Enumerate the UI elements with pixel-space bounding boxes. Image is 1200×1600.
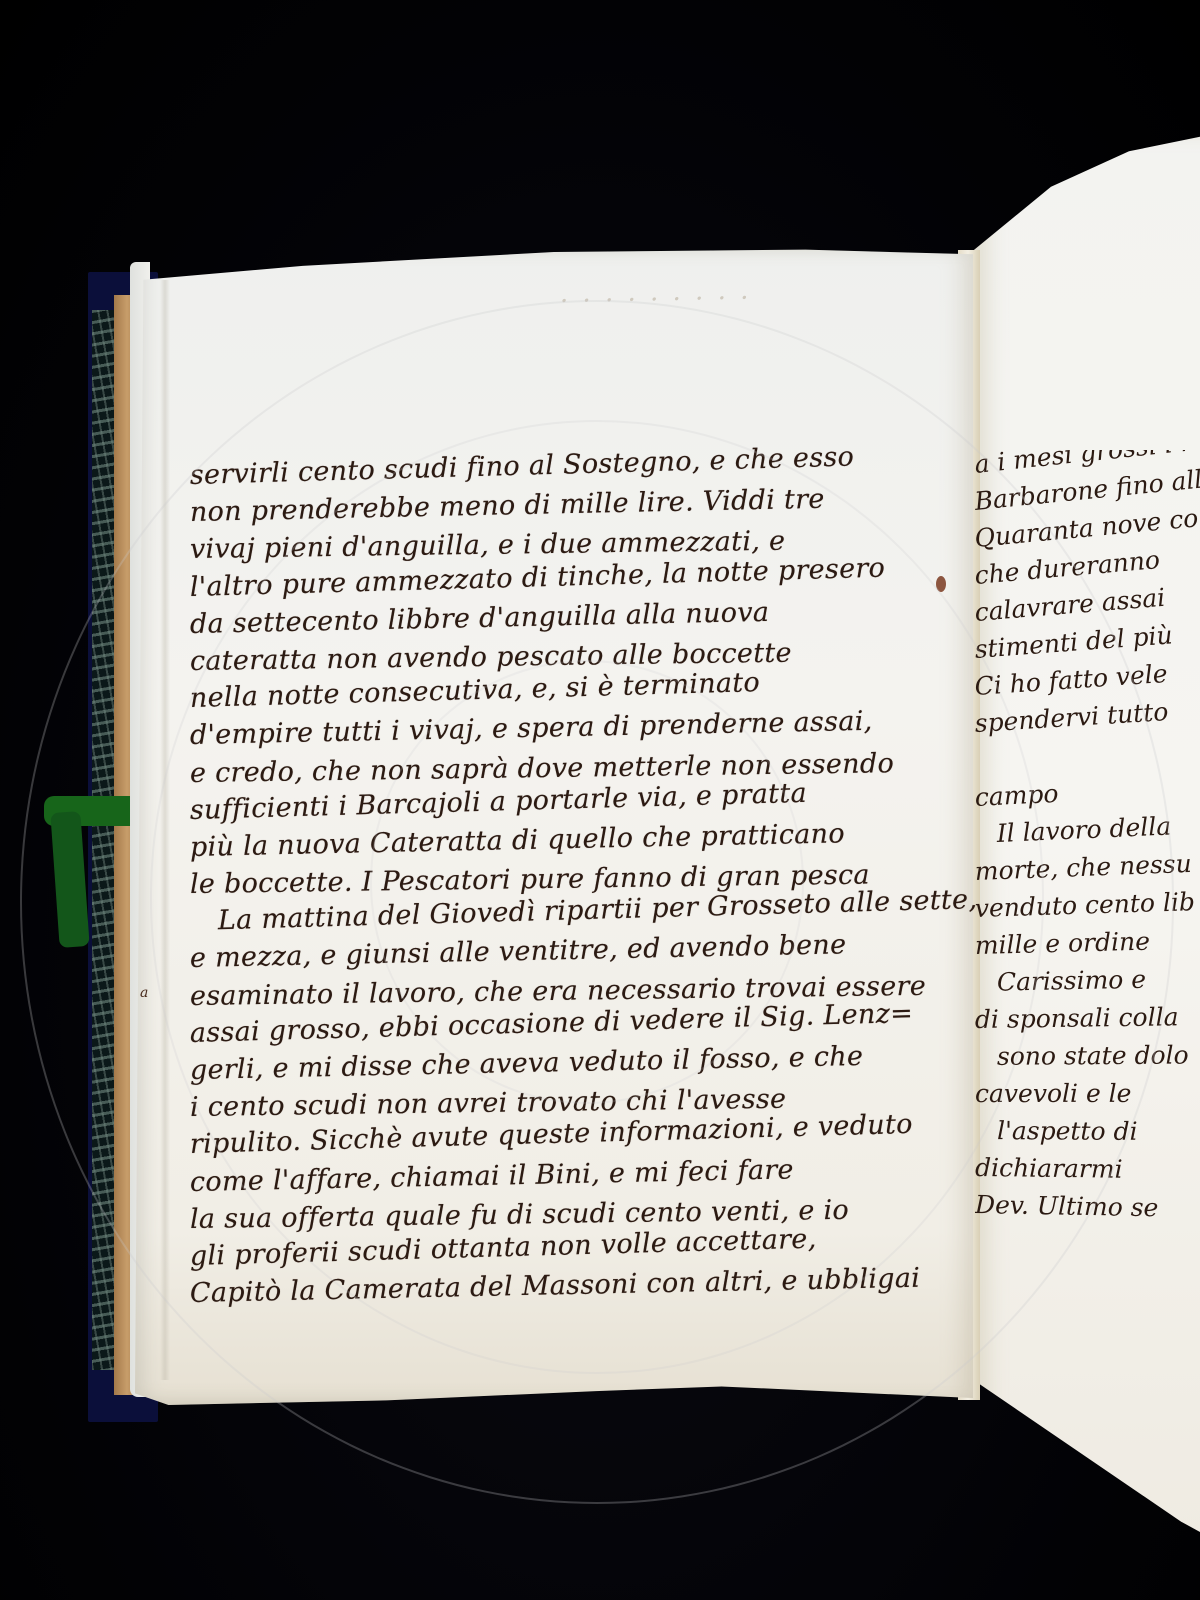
manuscript-line: dichiararmi — [975, 1153, 1200, 1193]
right-page-text: a i mesi grossi i ripulireBarbarone fino… — [975, 450, 1200, 1227]
left-page-text: servirli cento scudi fino al Sostegno, e… — [190, 460, 970, 1315]
manuscript-line: l'aspetto di — [975, 1116, 1200, 1154]
manuscript-line: venduto cento lib — [975, 887, 1200, 931]
manuscript-line: sono state dolo — [975, 1040, 1200, 1079]
manuscript-line: Dev. Ultimo se — [975, 1190, 1200, 1227]
manuscript-line: mille e ordine — [975, 925, 1200, 968]
faded-header: · · · · · · · · · — [560, 283, 752, 316]
margin-mark: a — [140, 985, 148, 1001]
marbled-edge — [92, 310, 116, 1370]
manuscript-line: Carissimo e — [975, 964, 1200, 1005]
page-fold — [160, 280, 170, 1380]
manuscript-line: di sponsali colla — [975, 1002, 1200, 1042]
manuscript-line: cavevoli e le — [975, 1079, 1200, 1116]
